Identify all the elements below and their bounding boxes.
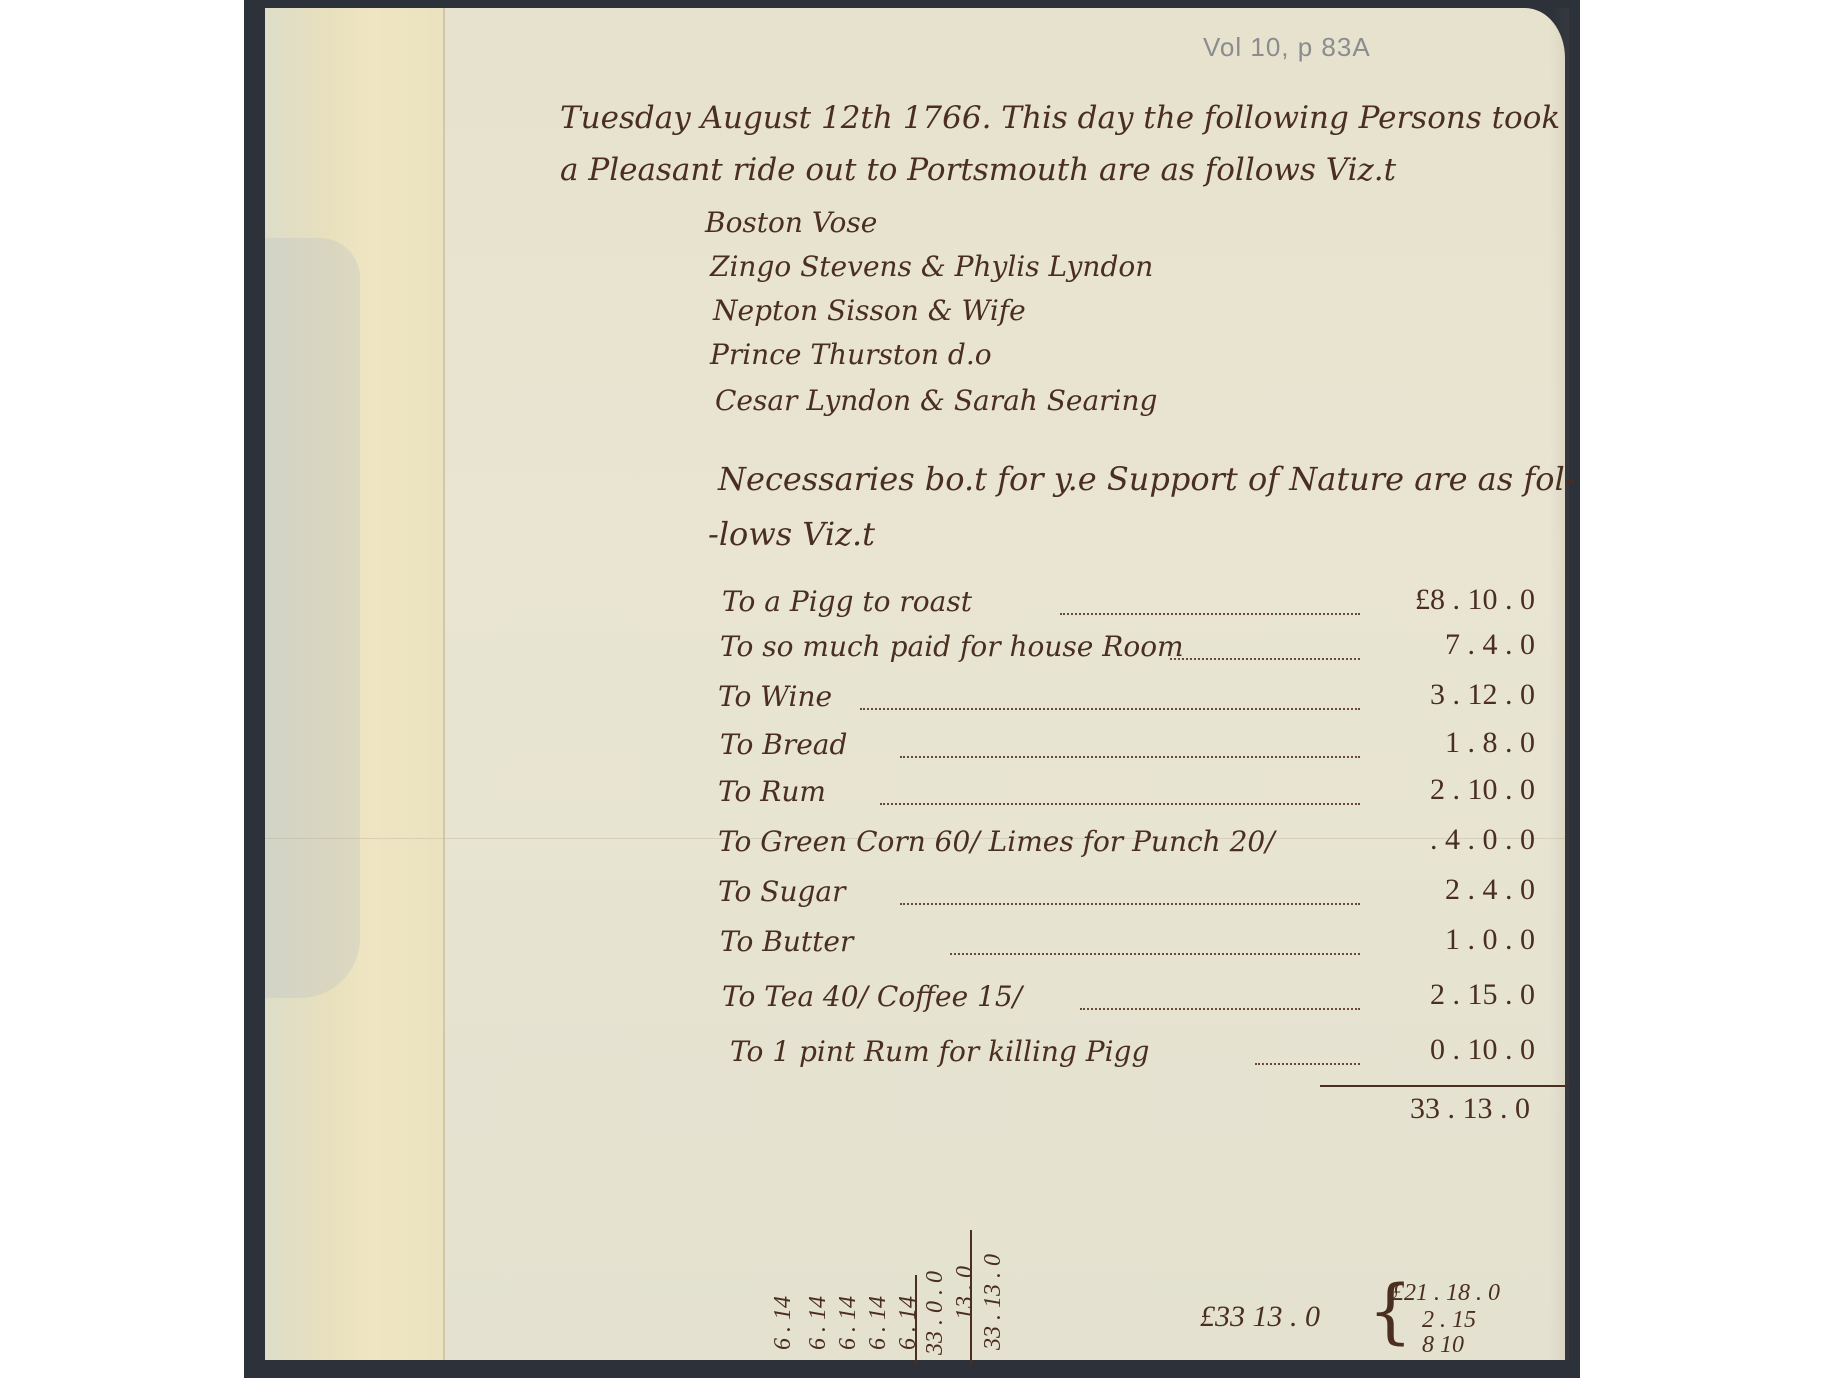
person-entry: Prince Thurston d.o bbox=[710, 338, 992, 371]
summary-part: £21 . 18 . 0 bbox=[1392, 1280, 1500, 1307]
dot-leader bbox=[1060, 613, 1360, 615]
share-entry: 6 . 14 bbox=[835, 1296, 862, 1350]
dot-leader bbox=[1080, 1008, 1360, 1010]
expense-amount: . 4 . 0 . 0 bbox=[1335, 823, 1535, 857]
fold-line bbox=[443, 8, 445, 1360]
share-entry: 6 . 14 bbox=[895, 1296, 922, 1350]
necessaries-heading-2: -lows Viz.t bbox=[708, 515, 875, 553]
intro-line-2: a Pleasant ride out to Portsmouth are as… bbox=[560, 152, 1396, 188]
summary-total: £33 13 . 0 bbox=[1200, 1300, 1320, 1334]
expense-label: To so much paid for house Room bbox=[720, 630, 1184, 663]
expense-amount: 3 . 12 . 0 bbox=[1335, 678, 1535, 712]
catalog-note: Vol 10, p 83A bbox=[1203, 32, 1371, 63]
expense-label: To Tea 40/ Coffee 15/ bbox=[722, 980, 1022, 1013]
expense-label: To Wine bbox=[718, 680, 832, 713]
person-entry: Boston Vose bbox=[705, 206, 877, 239]
expense-amount: 2 . 10 . 0 bbox=[1335, 773, 1535, 807]
dot-leader bbox=[900, 756, 1360, 758]
share-entry: 6 . 14 bbox=[805, 1296, 832, 1350]
dot-leader bbox=[860, 708, 1360, 710]
expense-amount: 1 . 0 . 0 bbox=[1335, 923, 1535, 957]
water-stain bbox=[265, 238, 360, 998]
total-amount: 33 . 13 . 0 bbox=[1330, 1092, 1530, 1126]
share-entry: 6 . 14 bbox=[865, 1296, 892, 1350]
expense-label: To a Pigg to roast bbox=[722, 585, 972, 618]
expense-label: To Butter bbox=[720, 925, 853, 958]
summary-part: 2 . 15 bbox=[1422, 1307, 1476, 1334]
margin-rule bbox=[915, 1275, 917, 1365]
dot-leader bbox=[1170, 658, 1360, 660]
margin-sum: 33 . 13 . 0 bbox=[980, 1254, 1007, 1350]
expense-label: To 1 pint Rum for killing Pigg bbox=[730, 1035, 1149, 1068]
person-entry: Zingo Stevens & Phylis Lyndon bbox=[710, 250, 1153, 283]
expense-label: To Green Corn 60/ Limes for Punch 20/ bbox=[718, 825, 1275, 858]
expense-amount: 2 . 4 . 0 bbox=[1335, 873, 1535, 907]
person-entry: Cesar Lyndon & Sarah Searing bbox=[715, 384, 1157, 417]
summary-part: 8 10 bbox=[1422, 1332, 1464, 1359]
person-entry: Nepton Sisson & Wife bbox=[713, 294, 1026, 327]
margin-rule bbox=[970, 1230, 972, 1365]
expense-label: To Rum bbox=[718, 775, 826, 808]
intro-line-1: Tuesday August 12th 1766. This day the f… bbox=[560, 100, 1560, 136]
dot-leader bbox=[900, 903, 1360, 905]
necessaries-heading-1: Necessaries bo.t for y.e Support of Natu… bbox=[718, 460, 1576, 498]
expense-amount: 0 . 10 . 0 bbox=[1335, 1033, 1535, 1067]
share-entry: 6 . 14 bbox=[770, 1296, 797, 1350]
expense-amount: 2 . 15 . 0 bbox=[1335, 978, 1535, 1012]
margin-subtotal: 33 . 0 . 0 bbox=[922, 1271, 949, 1355]
expense-label: To Sugar bbox=[718, 875, 845, 908]
expense-amount: £8 . 10 . 0 bbox=[1335, 583, 1535, 617]
expense-amount: 1 . 8 . 0 bbox=[1335, 726, 1535, 760]
margin-addend: 13 . 0 bbox=[952, 1266, 979, 1320]
expense-label: To Bread bbox=[720, 728, 847, 761]
dot-leader bbox=[950, 953, 1360, 955]
expense-amount: 7 . 4 . 0 bbox=[1335, 628, 1535, 662]
total-rule bbox=[1320, 1085, 1570, 1087]
dot-leader bbox=[880, 803, 1360, 805]
